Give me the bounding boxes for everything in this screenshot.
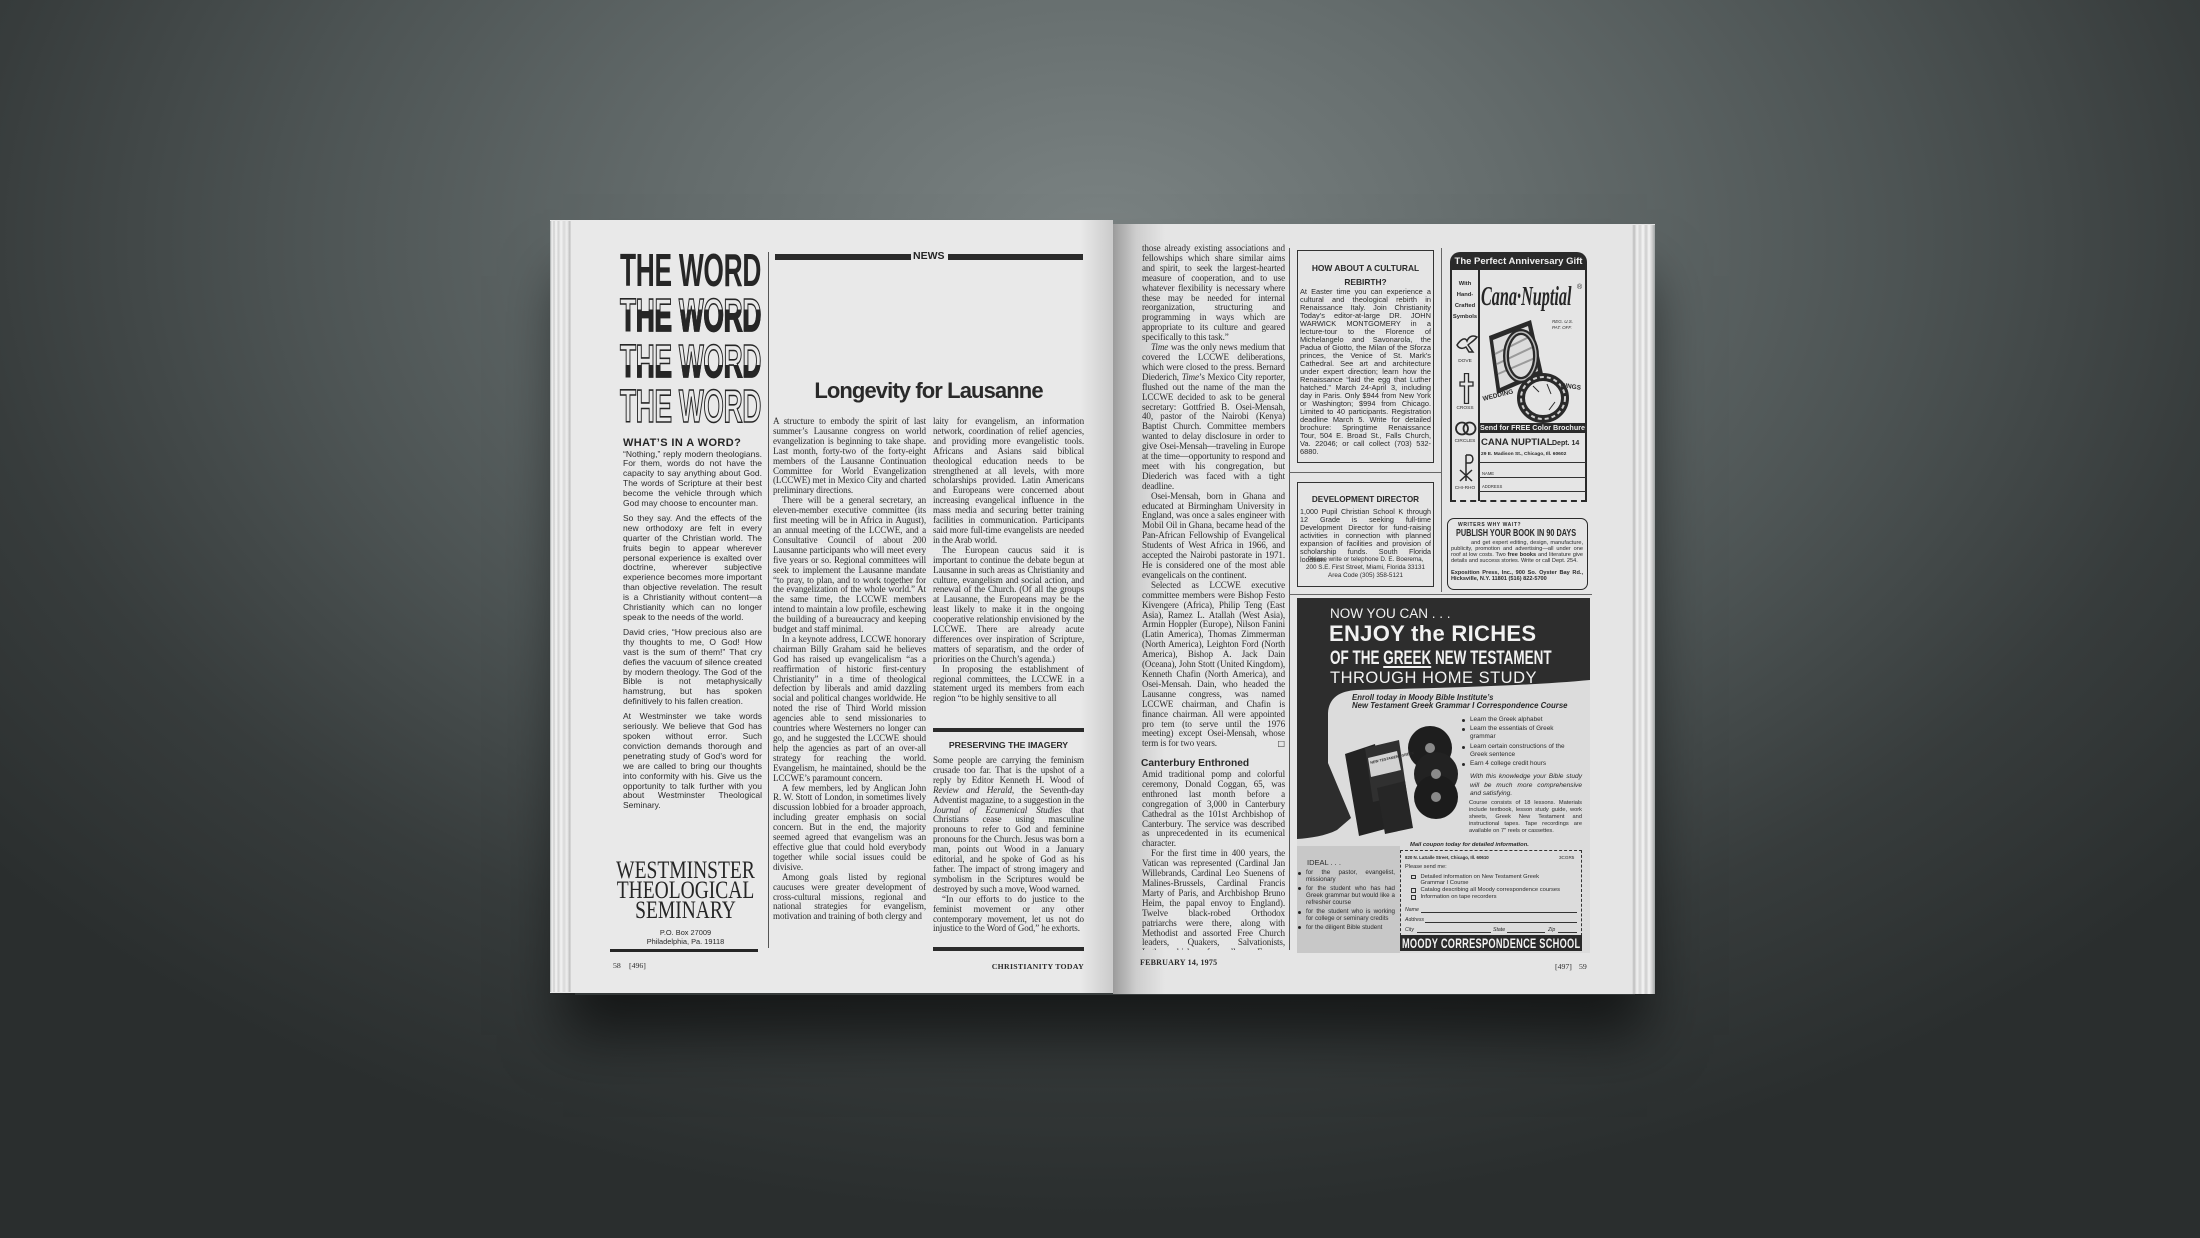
enroll-heading: Enroll today in Moody Bible Institute’s … xyxy=(1352,694,1568,711)
ideal-text: for the diligent Bible student xyxy=(1306,924,1395,931)
article-paragraph: A structure to embody the spirit of last… xyxy=(773,417,926,496)
left-page-spine-shade xyxy=(1080,220,1113,993)
zip-line xyxy=(1558,932,1577,933)
ads-separator-h2 xyxy=(1289,594,1592,595)
state-line xyxy=(1507,932,1545,933)
company-address: 29 E. Madison St., Chicago, Ill. 60602 xyxy=(1481,452,1566,458)
address-label: Address xyxy=(1405,917,1424,923)
state-label: State xyxy=(1493,927,1505,933)
ads-column-divider xyxy=(1289,248,1290,950)
symbols-heading-line: Hand- xyxy=(1452,290,1478,301)
coupon-code: 3CGR5 xyxy=(1559,855,1574,860)
magazine-name: CHRISTIANITY TODAY xyxy=(933,962,1084,972)
issue-date: FEBRUARY 14, 1975 xyxy=(1140,958,1217,968)
text-segment: that Christians cease using masculine pr… xyxy=(933,805,1084,894)
symbols-heading: With Hand- Crafted Symbols xyxy=(1452,279,1478,323)
benefit-text: Learn certain constructions of the Greek… xyxy=(1470,743,1582,759)
city-label: City xyxy=(1405,927,1414,933)
option-text: Catalog describing all Moody corresponde… xyxy=(1421,887,1561,893)
article-paragraph: laity for evangelism, an information net… xyxy=(933,417,1084,546)
ideal-text: for the pastor, evangelist, missionary xyxy=(1306,869,1395,883)
ad-title: DEVELOPMENT DIRECTOR xyxy=(1297,495,1434,505)
benefit-text: Learn the Greek alphabet xyxy=(1470,716,1542,724)
form-line xyxy=(1479,491,1586,492)
ideal-item: for the diligent Bible student xyxy=(1298,924,1395,931)
school-name: MOODY CORRESPONDENCE SCHOOL xyxy=(1402,935,1580,951)
coupon-address: 820 N. LaSalle Street, Chicago, Ill. 606… xyxy=(1405,855,1489,860)
article-column-1: A structure to embody the spirit of last… xyxy=(773,417,926,949)
benefit-item: Learn certain constructions of the Greek… xyxy=(1462,743,1584,759)
article-paragraph: In a keynote address, LCCWE honorary cha… xyxy=(773,635,926,784)
publication-name: Time xyxy=(1182,372,1199,382)
benefit-item: Earn 4 college credit hours xyxy=(1462,760,1584,768)
ideal-item: for the student who has had Greek gramma… xyxy=(1298,885,1395,907)
bullet-icon xyxy=(1462,763,1465,766)
ad-title: HOW ABOUT A CULTURAL REBIRTH? xyxy=(1297,261,1434,289)
end-mark-icon: □ xyxy=(1269,739,1285,747)
ad-body: At Easter time you can experience a cult… xyxy=(1300,288,1431,456)
sidebar-top-rule xyxy=(933,728,1084,732)
company-name: CANA NUPTIAL xyxy=(1481,437,1553,448)
banner-line-1: NOW YOU CAN . . . xyxy=(1330,606,1451,621)
moody-ad: NEW TESTAMENT GREEK NOW YOU CAN . . . EN… xyxy=(1297,598,1590,953)
article-paragraph: There will be a general secretary, an el… xyxy=(773,496,926,635)
ad-headline-mostly-filled: THE WORD xyxy=(620,292,761,339)
benefit-note: With this knowledge your Bible study wil… xyxy=(1470,773,1582,799)
text-segment: NEW TESTAMENT xyxy=(1431,648,1551,669)
ideal-text: for the student who has had Greek gramma… xyxy=(1306,885,1395,907)
ad-headline-partly-filled: THE WORD xyxy=(620,338,761,385)
bullet-icon xyxy=(1298,872,1301,875)
sidebar-paragraph: Some people are carrying the feminism cr… xyxy=(933,756,1084,895)
news-bar-left xyxy=(775,254,911,260)
address-line xyxy=(1425,922,1577,923)
ad-paragraph: David cries, “How precious also are thy … xyxy=(623,628,762,707)
dove-icon xyxy=(1455,333,1479,355)
ad-bottom-rule xyxy=(610,949,758,952)
cross-icon xyxy=(1459,373,1474,404)
ad-paragraph: “Nothing,” reply modern theologians. For… xyxy=(623,450,762,509)
ad-title: PUBLISH YOUR BOOK IN 90 DAYS xyxy=(1456,528,1576,539)
option-text: Detailed information on New Testament Gr… xyxy=(1421,874,1541,887)
symbol-label: CHI-RHO xyxy=(1452,486,1478,492)
section-label: NEWS xyxy=(913,250,945,263)
coupon-prompt: Please send me: xyxy=(1405,864,1447,870)
bullet-icon xyxy=(1298,926,1301,929)
story-body: Amid traditional pomp and colorful cerem… xyxy=(1142,770,1285,950)
coupon-options: Detailed information on New Testament Gr… xyxy=(1411,874,1576,901)
ideal-list: for the pastor, evangelist, missionary f… xyxy=(1298,869,1395,931)
enroll-line: New Testament Greek Grammar I Correspond… xyxy=(1352,702,1568,711)
bullet-icon xyxy=(1462,728,1465,731)
benefits-list: Learn the Greek alphabet Learn the essen… xyxy=(1462,716,1584,769)
banner-line-4: THROUGH HOME STUDY xyxy=(1330,670,1537,687)
article-paragraph: A few members, led by Anglican John R. W… xyxy=(773,784,926,873)
article-paragraph: Among goals listed by regional caucuses … xyxy=(773,873,926,923)
folio: [497] xyxy=(1555,962,1572,972)
symbols-heading-line: Symbols xyxy=(1452,312,1478,323)
bullet-icon xyxy=(1462,746,1465,749)
story-paragraph: For the first time in 400 years, the Vat… xyxy=(1142,849,1285,950)
ad-subhead: WHAT’S IN A WORD? xyxy=(623,437,741,449)
ideal-item: for the student who is working for colle… xyxy=(1298,908,1395,922)
right-page-edges xyxy=(1632,225,1655,994)
ad-body: and get expert editing, design, manufact… xyxy=(1451,540,1583,564)
brand-logo: Cana·Nuptial xyxy=(1481,281,1571,311)
ideal-title: IDEAL . . . xyxy=(1307,858,1341,867)
chi-rho-icon xyxy=(1457,453,1475,483)
article-paragraph: Selected as LCCWE executive committee me… xyxy=(1142,581,1285,747)
ad-header-band: The Perfect Anniversary Gift xyxy=(1451,253,1586,270)
sidebar-bottom-rule xyxy=(933,947,1084,951)
ideal-text: for the student who is working for colle… xyxy=(1306,908,1395,922)
zip-label: Zip xyxy=(1548,927,1555,933)
text-segment: Some people are carrying the feminism cr… xyxy=(933,756,1084,785)
ad-paragraph: So they say. And the effects of the new … xyxy=(623,514,762,623)
option-text: Information on tape recorders xyxy=(1421,894,1497,900)
address-line: P.O. Box 27009 xyxy=(613,928,758,937)
banner-line-3: OF THE GREEK NEW TESTAMENT xyxy=(1330,649,1552,669)
benefit-text: Earn 4 college credit hours xyxy=(1470,760,1546,768)
text-segment: OF THE xyxy=(1330,648,1383,669)
ad-headline-outline: THE WORD xyxy=(620,383,761,430)
text-segment: ’s Mexico City reporter, flushed out the… xyxy=(1142,372,1285,491)
symbol-label: CROSS xyxy=(1452,406,1478,412)
course-description: Course consists of 18 lessons. Materials… xyxy=(1469,800,1582,835)
ideal-item: for the pastor, evangelist, missionary xyxy=(1298,869,1395,883)
symbols-heading-line: With xyxy=(1452,279,1478,290)
sidebar-story-title: PRESERVING THE IMAGERY xyxy=(933,740,1084,750)
article-paragraph: In proposing the establishment of region… xyxy=(933,665,1084,705)
story-paragraph: Amid traditional pomp and colorful cerem… xyxy=(1142,770,1285,849)
ad-headline-solid: THE WORD xyxy=(620,247,761,294)
ad-contact: Please write or telephone D. E. Boerema,… xyxy=(1297,556,1434,580)
ad-address: Exposition Press, Inc., 900 So. Oyster B… xyxy=(1451,570,1583,582)
address-field-label: ADDRESS xyxy=(1482,484,1502,489)
company-dept: Dept. 14 xyxy=(1552,439,1579,448)
wedding-rings-illustration xyxy=(1481,314,1585,424)
sidebar-paragraph: “In our efforts to do justice to the fem… xyxy=(933,895,1084,935)
checkbox-icon xyxy=(1411,875,1416,880)
symbol-label: DOVE xyxy=(1452,359,1478,365)
school-name-bar: MOODY CORRESPONDENCE SCHOOL xyxy=(1400,935,1582,951)
publication-name: Time xyxy=(1151,342,1168,352)
ad-body: “Nothing,” reply modern theologians. For… xyxy=(623,450,762,817)
brochure-cta-band: Send for FREE Color Brochure xyxy=(1479,423,1586,433)
journal-title: Journal of Ecumenical Studies xyxy=(933,805,1062,815)
story-title: Canterbury Enthroned xyxy=(1141,758,1249,770)
emphasis-underlined: GREEK xyxy=(1383,648,1431,669)
article-paragraph: Osei-Mensah, born in Ghana and educated … xyxy=(1142,492,1285,581)
magazine-title: Review and Herald xyxy=(933,785,1012,795)
ad-paragraph: At Westminster we take words seriously. … xyxy=(623,712,762,811)
symbols-heading-line: Crafted xyxy=(1452,301,1478,312)
contact-line: 200 S.E. First Street, Miami, Florida 33… xyxy=(1297,564,1434,572)
form-line xyxy=(1479,477,1586,478)
bullet-icon xyxy=(1462,719,1465,722)
article-column-2: laity for evangelism, an information net… xyxy=(933,417,1084,723)
registered-mark: ® xyxy=(1577,284,1582,292)
column-divider xyxy=(768,252,769,948)
page-number: 58 xyxy=(613,961,621,971)
bullet-icon xyxy=(1298,911,1301,914)
article-paragraph: those already existing associations and … xyxy=(1142,244,1285,343)
coupon-option: Detailed information on New Testament Gr… xyxy=(1411,874,1576,887)
ad-sidebar-divider xyxy=(1478,270,1480,501)
contact-line: Area Code (305) 358-5121 xyxy=(1297,572,1434,580)
address-line: Philadelphia, Pa. 19118 xyxy=(613,937,758,946)
form-line xyxy=(1479,462,1586,463)
checkbox-icon xyxy=(1411,888,1416,893)
coupon-option: Information on tape recorders xyxy=(1411,894,1576,900)
article-title: Longevity for Lausanne xyxy=(773,379,1084,403)
ads-separator-h1 xyxy=(1289,472,1441,473)
page-number: 59 xyxy=(1579,962,1587,972)
name-field-label: NAME xyxy=(1482,471,1494,476)
mail-coupon-line: Mail coupon today for detailed informati… xyxy=(1410,842,1529,849)
city-line xyxy=(1417,932,1491,933)
ad-title-line: HOW ABOUT A CULTURAL xyxy=(1297,261,1434,275)
article-continued-column: those already existing associations and … xyxy=(1142,244,1285,747)
banner-line-2: ENJOY the RICHES xyxy=(1329,623,1536,645)
contact-line: Please write or telephone D. E. Boerema, xyxy=(1297,556,1434,564)
seminary-address: P.O. Box 27009 Philadelphia, Pa. 19118 xyxy=(613,928,758,946)
benefit-item: Learn the essentials of Greek grammar xyxy=(1462,725,1584,741)
article-paragraph: Time was the only news medium that cover… xyxy=(1142,343,1285,492)
text-segment: Selected as LCCWE executive committee me… xyxy=(1142,580,1285,747)
benefit-item: Learn the Greek alphabet xyxy=(1462,716,1584,724)
name-line xyxy=(1421,912,1577,913)
bullet-icon xyxy=(1298,887,1301,890)
symbol-label: CIRCLES xyxy=(1452,439,1478,445)
circles-icon xyxy=(1454,421,1478,436)
article-paragraph: The European caucus said it is important… xyxy=(933,546,1084,665)
checkbox-icon xyxy=(1411,895,1416,900)
coupon-option: Catalog describing all Moody corresponde… xyxy=(1411,887,1576,893)
benefit-text: Learn the essentials of Greek grammar xyxy=(1470,725,1578,741)
ads-separator-v xyxy=(1441,248,1442,592)
sidebar-story-body: Some people are carrying the feminism cr… xyxy=(933,756,1084,946)
name-label: Name xyxy=(1405,907,1419,913)
news-bar-right xyxy=(948,254,1083,260)
folio: [496] xyxy=(629,961,646,971)
